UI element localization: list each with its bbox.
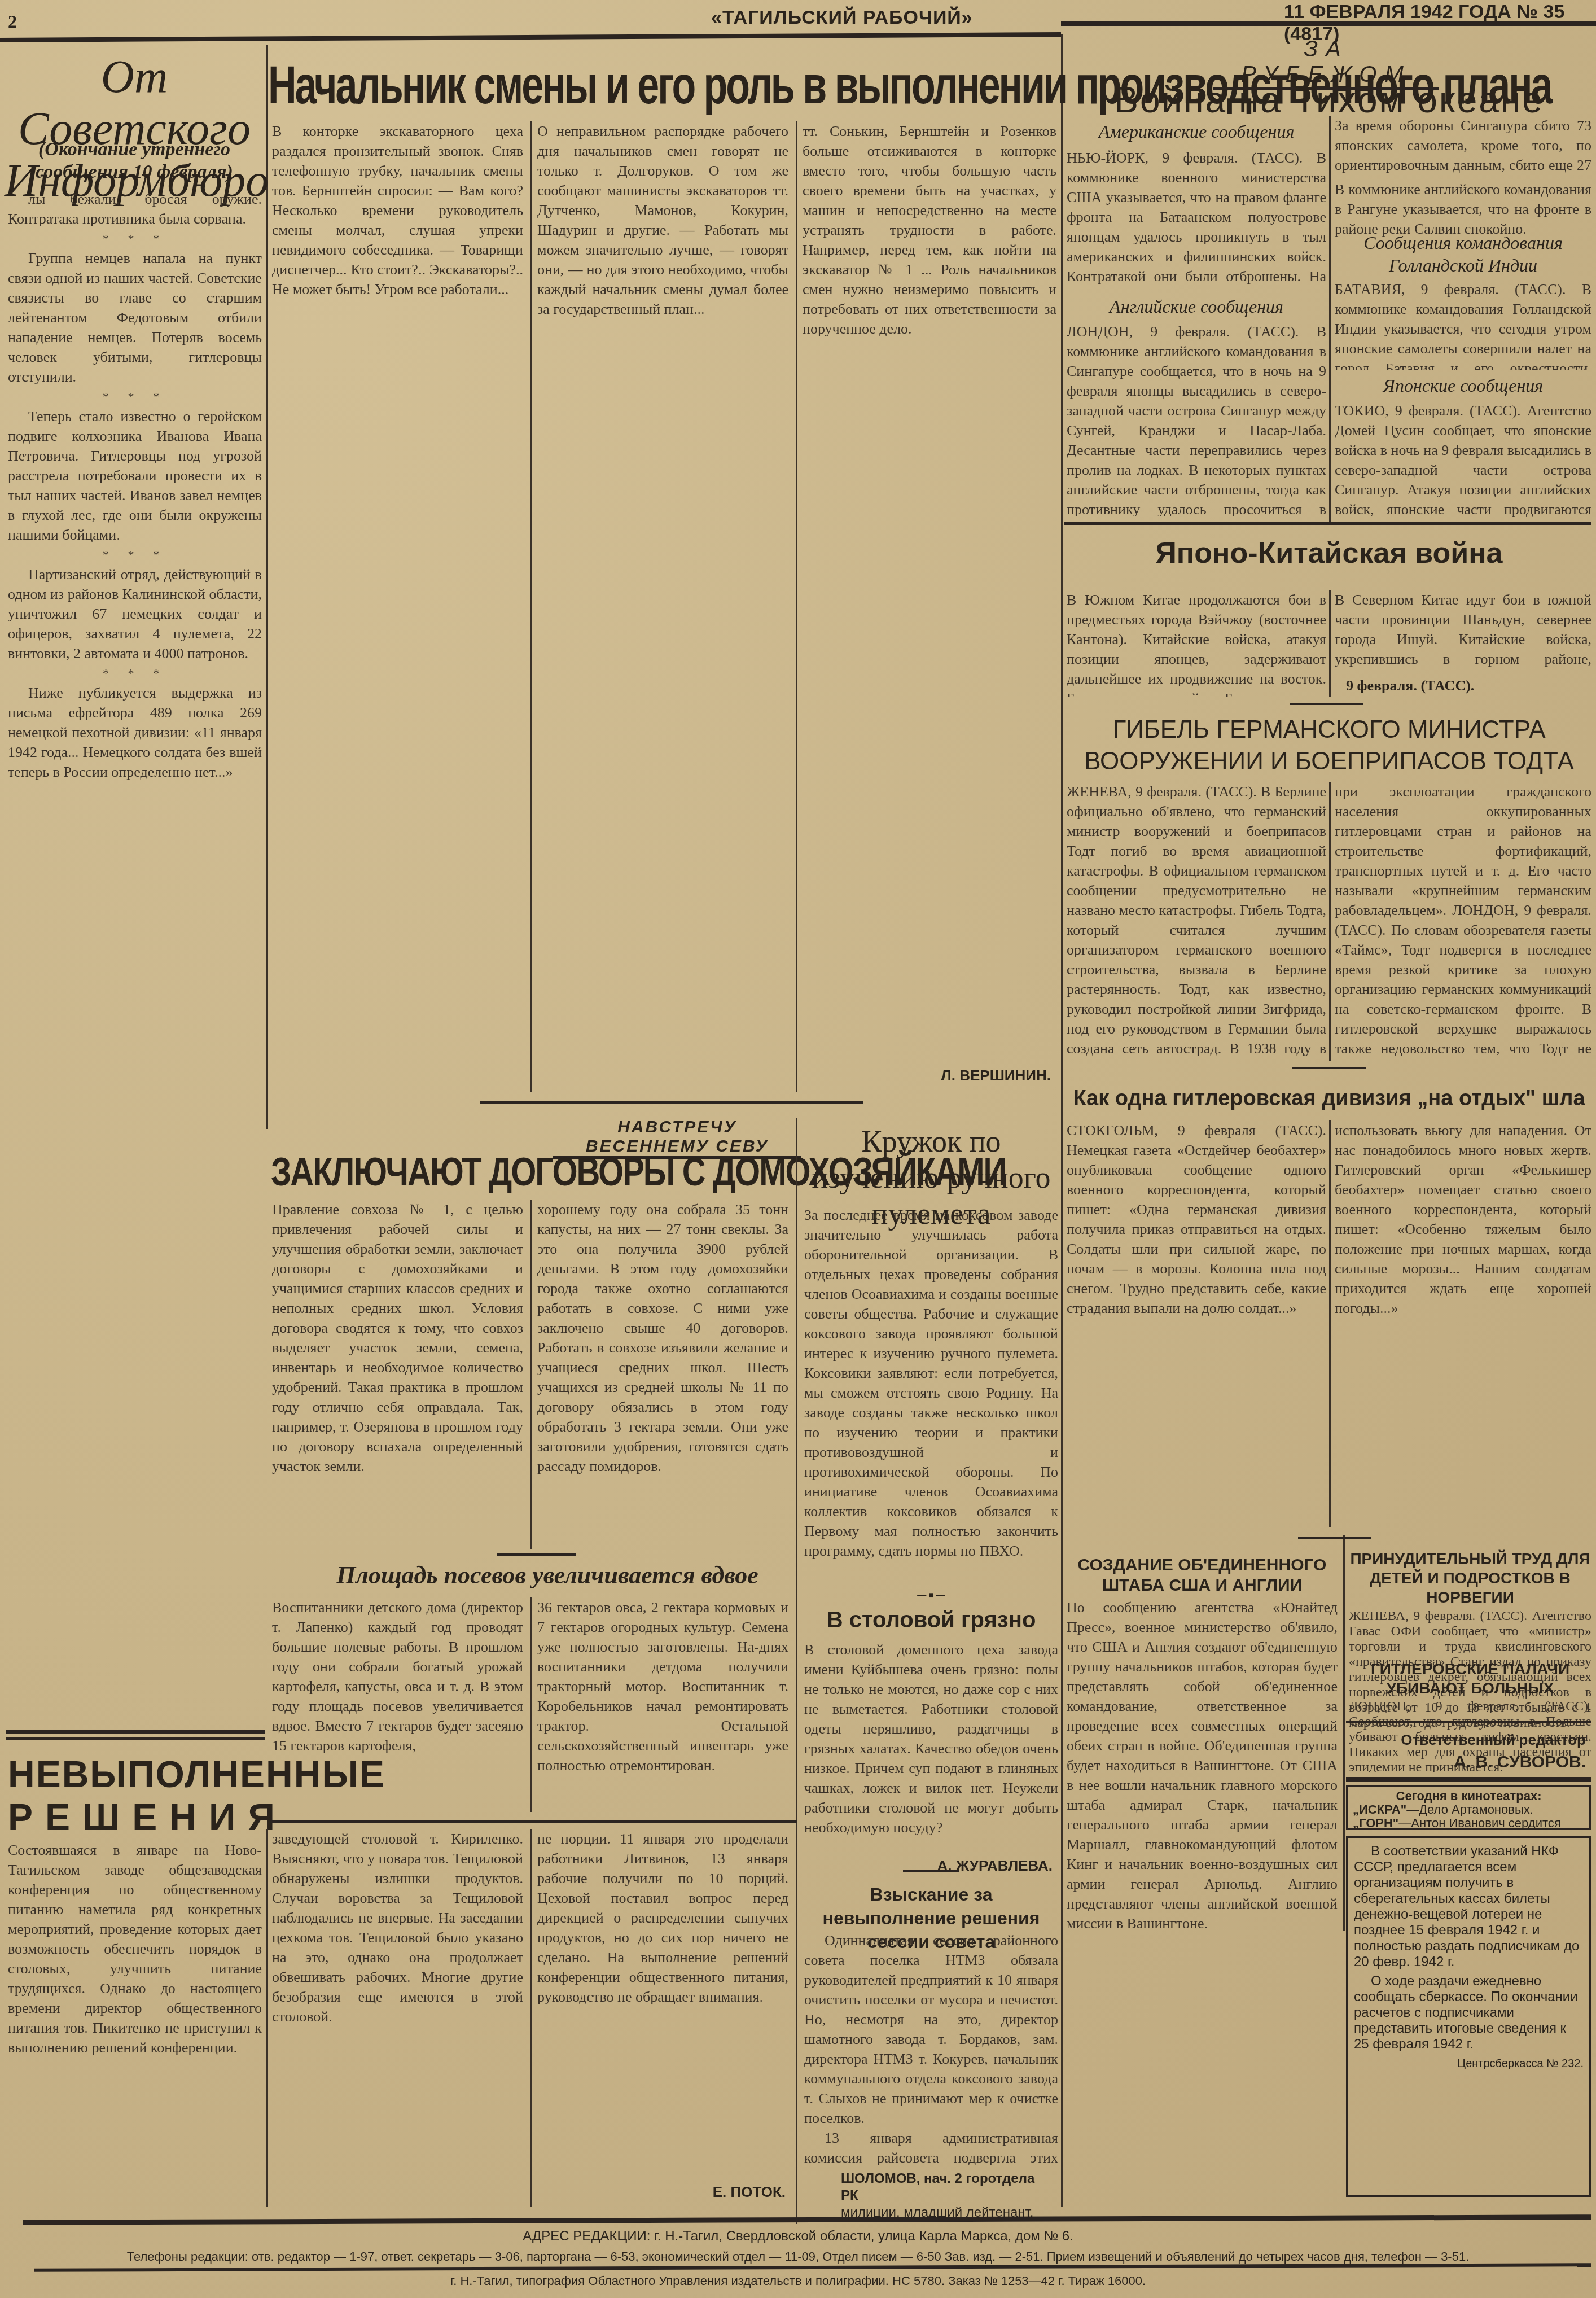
section-rule — [903, 1870, 959, 1872]
section-rule — [1292, 1067, 1366, 1069]
column-divider — [530, 1200, 532, 1549]
article-body: БАТАВИЯ, 9 февраля. (ТАСС). В коммюнике … — [1335, 279, 1591, 370]
page-number: 2 — [8, 11, 17, 32]
cinema-name: „ГОРН" — [1353, 1816, 1398, 1830]
sowing-headline: ЗАКЛЮЧАЮТ ДОГОВОРЫ С ДОМОХОЗЯЙКАМИ — [271, 1149, 796, 1196]
film-title: —Дело Артамоновых. — [1406, 1802, 1533, 1816]
editor-block: Ответственный редактор А. В. СУВОРОВ. — [1349, 1728, 1586, 1774]
article-signature: А. ЖУРАВЛЕВА. — [804, 1857, 1053, 1875]
masthead-rule-right — [1061, 21, 1596, 26]
column-divider — [1329, 116, 1331, 522]
notice-paragraph: О ходе раздачи ежедневно сообщать сберка… — [1354, 1973, 1584, 2052]
column-divider — [796, 1118, 797, 2224]
article-body: ЛОНДОН, 9 февраля. (ТАСС). В коммюнике а… — [1067, 322, 1326, 516]
editorial-phones: Телефоны редакции: отв. редактор — 1-97,… — [0, 2249, 1596, 2264]
editor-name: А. В. СУВОРОВ. — [1349, 1751, 1586, 1774]
section-rule — [1346, 1721, 1591, 1723]
article-column: использовать вьюгу для нападения. От нас… — [1335, 1120, 1591, 1527]
article-body: Одиннадцатая сессия районного совета пос… — [804, 1931, 1058, 2168]
article-column: заведующей столовой т. Кириленко. Выясня… — [272, 1829, 523, 2201]
article-column: СТОКГОЛЬМ, 9 февраля (ТАСС). Немецкая га… — [1067, 1120, 1326, 1527]
article-column: при эксплоатации гражданского населения … — [1335, 782, 1591, 1061]
cinema-listing: Сегодня в кинотеатрах: „ИСКРА"—Дело Арта… — [1346, 1785, 1591, 1830]
column-divider — [796, 121, 797, 1092]
section-rule — [1298, 1537, 1371, 1539]
paper-name: «ТАГИЛЬСКИЙ РАБОЧИЙ» — [711, 7, 973, 29]
pacific-war-headline: Война на Тихом океане — [1067, 79, 1591, 121]
article-body: ТОКИО, 9 февраля. (ТАСС). Агентство Доме… — [1335, 401, 1591, 519]
masthead-rule-left — [0, 32, 1061, 42]
canteen-headline: В столовой грязно — [804, 1608, 1058, 1633]
paragraph: Теперь стало известно о геройском подвиг… — [8, 406, 262, 545]
article-signature: Е. ПОТОК. — [537, 2183, 786, 2201]
paragraph: Партизанский отряд, действующий в одном … — [8, 564, 262, 663]
column-divider — [530, 1829, 532, 2207]
division-headline: Как одна гитлеровская дивизия „на отдых"… — [1067, 1087, 1591, 1111]
cinema-name: „ИСКРА" — [1353, 1802, 1406, 1816]
dateline: 9 февраля. (ТАСС). — [1346, 677, 1474, 694]
section-rule — [1064, 522, 1591, 525]
sovinformburo-subtitle: (Окончание утреннего сообщения 10 феврал… — [5, 138, 264, 183]
notice-paragraph: В соответствии указаний НКФ СССР, предла… — [1354, 1844, 1584, 1970]
article-column: О неправильном распорядке рабочего дня н… — [537, 121, 788, 1092]
printer-info: г. Н.-Тагил, типография Областного Управ… — [0, 2274, 1596, 2288]
separator-mark: — ■ — — [903, 1591, 959, 1601]
signature-line: ШОЛОМОВ, нач. 2 горотдела РК — [841, 2170, 1055, 2204]
article-column: В конторке экскаваторного цеха раздался … — [272, 121, 523, 1092]
article-column: ЖЕНЕВА, 9 февраля. (ТАСС). В Берлине офи… — [1067, 782, 1326, 1061]
section-rule — [480, 1101, 863, 1104]
section-rule — [6, 1737, 265, 1740]
star-separator: * * * — [8, 545, 262, 564]
sino-japanese-headline: Японо-Китайская война — [1067, 536, 1591, 570]
article-body: В Северном Китае идут бои в южной части … — [1335, 590, 1591, 675]
subsection-title: Английские сообщения — [1067, 296, 1326, 317]
article-signature: ШОЛОМОВ, нач. 2 горотдела РК милиции, мл… — [841, 2170, 1055, 2221]
article-body: В Южном Китае продолжаются бои в предмес… — [1067, 590, 1326, 697]
article-signature: Л. ВЕРШИНИН. — [803, 1067, 1051, 1084]
todt-headline: ГИБЕЛЬ ГЕРМАНСКОГО МИНИСТРА ВООРУЖЕНИИ И… — [1067, 714, 1591, 777]
editorial-address: АДРЕС РЕДАКЦИИ: г. Н.-Тагил, Свердловско… — [0, 2229, 1596, 2244]
cinema-item: „ГОРН"—Антон Иванович сердится — [1353, 1816, 1585, 1830]
column-divider — [1343, 1535, 1345, 1931]
section-rule — [497, 1553, 576, 1556]
column-divider — [530, 1597, 532, 1812]
headline-line: ВООРУЖЕНИИ И БОЕПРИПАСОВ ТОДТА — [1067, 746, 1591, 777]
article-column: 36 гектаров овса, 2 гектара кормовых и 7… — [537, 1597, 788, 1812]
section-rule — [270, 1820, 797, 1823]
footer-rule — [23, 2214, 1591, 2225]
headline-line: ГИБЕЛЬ ГЕРМАНСКОГО МИНИСТРА — [1067, 714, 1591, 746]
paragraph: 13 января административная комиссия райс… — [804, 2128, 1058, 2168]
column-divider — [1329, 590, 1331, 697]
article-body: НЬЮ-ЙОРК, 9 февраля. (ТАСС). В коммюнике… — [1067, 148, 1326, 289]
footer-rule — [34, 2263, 1591, 2272]
sovinformburo-body: лы бежали, бросая оружие. Контратака про… — [8, 189, 262, 1679]
cinema-item: „ИСКРА"—Дело Артамоновых. — [1353, 1803, 1585, 1816]
subsection-title: Американские сообщения — [1067, 121, 1326, 142]
star-separator: * * * — [8, 663, 262, 683]
unfulfilled-headline: НЕВЫПОЛНЕННЫЕ РЕШЕНИЯ — [8, 1753, 262, 1839]
star-separator: * * * — [8, 387, 262, 406]
joint-staff-headline: СОЗДАНИЕ ОБ'ЕДИНЕННОГО ШТАБА США И АНГЛИ… — [1067, 1555, 1338, 1596]
section-rule — [1346, 1777, 1591, 1782]
column-divider — [1329, 1120, 1331, 1527]
executioners-headline: ГИТЛЕРОВСКИЕ ПАЛАЧИ УБИВАЮТ БОЛЬНЫХ — [1349, 1660, 1591, 1698]
article-column: Состоявшаяся в январе на Ново-Тагильском… — [8, 1840, 262, 2201]
paragraph: Группа немцев напала на пункт связи одно… — [8, 248, 262, 387]
column-divider — [266, 1829, 268, 2207]
cinema-listing-title: Сегодня в кинотеатрах: — [1353, 1789, 1585, 1803]
headline-line: НЕВЫПОЛНЕННЫЕ — [8, 1753, 262, 1796]
main-headline: Начальник смены и его роль в выполнении … — [268, 49, 1055, 122]
sowing-subheadline: Площадь посевов увеличивается вдвое — [333, 1561, 762, 1590]
column-divider — [266, 45, 268, 1129]
paragraph: Ниже публикуется выдержка из письма ефре… — [8, 683, 262, 782]
article-body: За последнее время на коксовом заводе зн… — [804, 1205, 1058, 1600]
subsection-title: Японские сообщения — [1335, 375, 1591, 396]
column-divider — [1061, 34, 1063, 2207]
paragraph: лы бежали, бросая оружие. Контратака про… — [8, 189, 262, 229]
film-title: —Антон Иванович сердится — [1398, 1816, 1560, 1830]
column-divider — [530, 121, 532, 1092]
headline-line: РЕШЕНИЯ — [8, 1796, 262, 1839]
article-body: В столовой доменного цеха завода имени К… — [804, 1640, 1058, 1854]
article-body: За время обороны Сингапура сбито 73 япон… — [1335, 116, 1591, 178]
article-body: По сообщению агентства «Юнайтед Пресс», … — [1067, 1597, 1338, 2207]
paragraph: Одиннадцатая сессия районного совета пос… — [804, 1931, 1058, 2128]
article-column: тт. Сонькин, Бернштейн и Розенков больше… — [803, 121, 1056, 1058]
section-rule — [6, 1730, 265, 1734]
subsection-title: Сообщения командования Голландской Индии — [1335, 231, 1591, 277]
section-rule — [1290, 703, 1363, 705]
lottery-notice: В соответствии указаний НКФ СССР, предла… — [1346, 1836, 1591, 2197]
notice-signature: Центрсберкасса № 232. — [1354, 2056, 1584, 2072]
editor-label: Ответственный редактор — [1349, 1728, 1586, 1751]
newspaper-page: 2 «ТАГИЛЬСКИЙ РАБОЧИЙ» 11 ФЕВРАЛЯ 1942 Г… — [0, 0, 1596, 2298]
article-column: хорошему году она собрала 35 тонн капуст… — [537, 1200, 788, 1549]
star-separator: * * * — [8, 229, 262, 248]
norway-headline: ПРИНУДИТЕЛЬНЫЙ ТРУД ДЛЯ ДЕТЕЙ И ПОДРОСТК… — [1349, 1549, 1591, 1607]
article-column: не порции. 11 января это проделали работ… — [537, 1829, 788, 2179]
article-column: Правление совхоза № 1, с целью привлечен… — [272, 1200, 523, 1549]
column-divider — [1329, 782, 1331, 1061]
